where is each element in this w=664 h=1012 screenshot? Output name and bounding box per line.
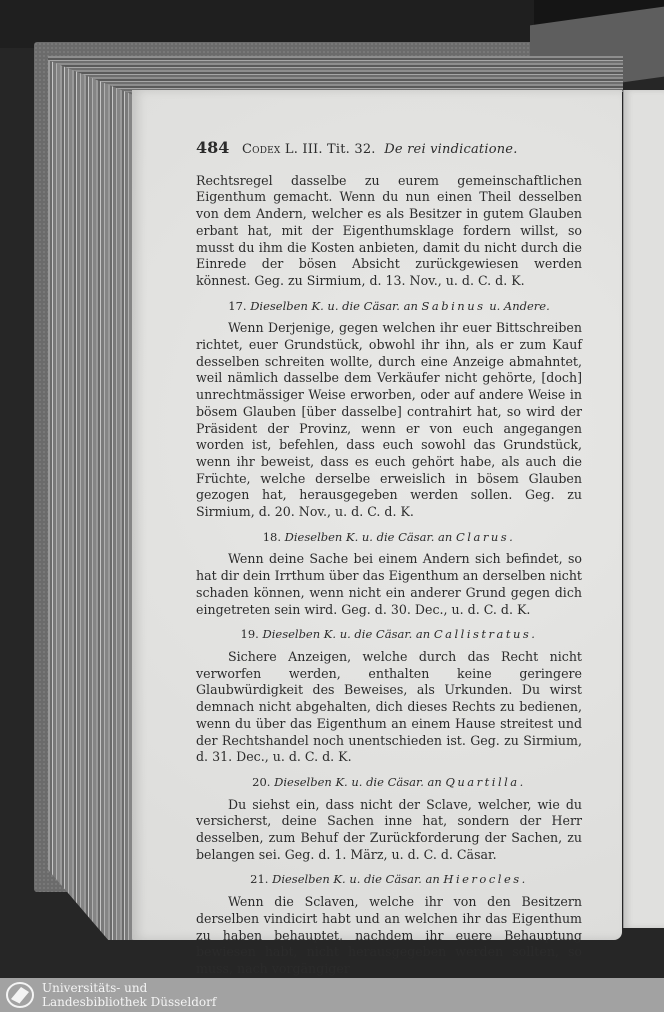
section-17: 17. Dieselben K. u. die Cäsar. an Sabinu… xyxy=(196,298,582,521)
section-paragraph: Sichere Anzeigen, welche durch das Recht… xyxy=(196,649,582,766)
section-20: 20. Dieselben K. u. die Cäsar. an Quarti… xyxy=(196,774,582,864)
section-19: 19. Dieselben K. u. die Cäsar. an Callis… xyxy=(196,626,582,766)
running-head: 484 Codex L. III. Tit. 32. De rei vindic… xyxy=(196,140,582,159)
continuation-paragraph: Rechtsregel dasselbe zu eurem gemeinscha… xyxy=(196,173,582,290)
section-number: 18. xyxy=(263,530,281,544)
section-heading-name: Hierocles. xyxy=(443,872,527,886)
section-heading: 20. Dieselben K. u. die Cäsar. an Quarti… xyxy=(196,774,582,791)
section-heading-suffix: u. Andere. xyxy=(489,299,550,313)
section-paragraph: Du siehst ein, dass nicht der Sclave, we… xyxy=(196,797,582,864)
section-paragraph: Wenn die Sclaven, welche ihr von den Bes… xyxy=(196,894,582,978)
running-head-text: Codex L. III. Tit. 32. De rei vindicatio… xyxy=(242,142,518,159)
running-head-codex: Codex xyxy=(242,142,281,157)
book-logo-icon xyxy=(4,980,36,1010)
library-name: Universitäts- und Landesbibliothek Düsse… xyxy=(42,981,216,1009)
section-18: 18. Dieselben K. u. die Cäsar. an Clarus… xyxy=(196,529,582,619)
section-heading-name: Quartilla. xyxy=(445,775,525,789)
section-heading-prefix: Dieselben K. u. die Cäsar. an xyxy=(272,872,440,886)
section-number: 19. xyxy=(241,627,259,641)
section-heading: 19. Dieselben K. u. die Cäsar. an Callis… xyxy=(196,626,582,643)
section-heading: 17. Dieselben K. u. die Cäsar. an Sabinu… xyxy=(196,298,582,315)
running-head-book-title: L. III. Tit. 32. xyxy=(281,142,376,157)
section-21: 21. Dieselben K. u. die Cäsar. an Hieroc… xyxy=(196,871,582,977)
section-heading: 21. Dieselben K. u. die Cäsar. an Hieroc… xyxy=(196,871,582,888)
section-heading-name: Callistratus. xyxy=(434,627,538,641)
right-page-edge xyxy=(623,90,664,928)
library-name-line2: Landesbibliothek Düsseldorf xyxy=(42,995,216,1009)
page-number: 484 xyxy=(196,140,242,157)
section-heading-prefix: Dieselben K. u. die Cäsar. an xyxy=(262,627,430,641)
page-edges-left xyxy=(48,60,134,940)
section-heading-prefix: Dieselben K. u. die Cäsar. an xyxy=(250,299,418,313)
section-heading-prefix: Dieselben K. u. die Cäsar. an xyxy=(285,530,453,544)
section-number: 21. xyxy=(250,872,268,886)
section-paragraph: Wenn deine Sache bei einem Andern sich b… xyxy=(196,551,582,618)
section-heading-name: Clarus. xyxy=(456,530,515,544)
section-heading: 18. Dieselben K. u. die Cäsar. an Clarus… xyxy=(196,529,582,546)
page-edges-top xyxy=(48,56,623,92)
section-paragraph: Wenn Derjenige, gegen welchen ihr euer B… xyxy=(196,320,582,520)
page-text: 484 Codex L. III. Tit. 32. De rei vindic… xyxy=(196,140,582,978)
running-head-title: De rei vindicatione. xyxy=(384,142,517,157)
section-number: 17. xyxy=(228,299,246,313)
section-heading-prefix: Dieselben K. u. die Cäsar. an xyxy=(274,775,442,789)
section-number: 20. xyxy=(252,775,270,789)
library-footer: Universitäts- und Landesbibliothek Düsse… xyxy=(0,978,664,1012)
library-name-line1: Universitäts- und xyxy=(42,981,216,995)
section-heading-name: Sabinus xyxy=(422,299,486,313)
